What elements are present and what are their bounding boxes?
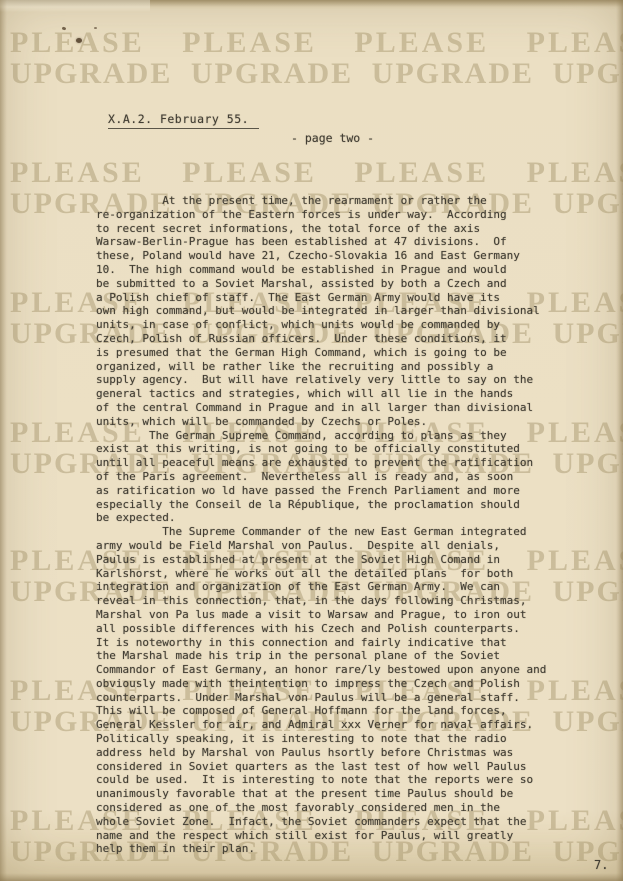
text-line: At the present time, the rearmament or r… — [96, 194, 546, 208]
text-line: these, Poland would have 21, Czecho-Slov… — [96, 249, 546, 263]
text-line: the Marshal made his trip in the persona… — [96, 649, 546, 663]
text-line: help them in their plan. — [96, 842, 546, 856]
ink-speck — [76, 38, 82, 43]
document-reference-heading: X.A.2. February 55. — [108, 112, 259, 129]
text-line: The Supreme Commander of the new East Ge… — [96, 525, 546, 539]
text-line: whole Soviet Zone. Infact, the Soviet co… — [96, 815, 546, 829]
watermark-please-line: PLEASE PLEASE PLEASE PLEASE PLEASE — [10, 27, 623, 58]
text-line: The German Supreme Command, according to… — [96, 429, 546, 443]
text-line: name and the respect which still exist f… — [96, 829, 546, 843]
paper-edge-bottom — [0, 873, 623, 881]
text-line: Politically speaking, it is interesting … — [96, 732, 546, 746]
watermark-upgrade-line: UPGRADE UPGRADE UPGRADE UPGRADE UPGRADE — [10, 58, 623, 89]
paper-edge-top — [0, 0, 623, 7]
text-line: be expected. — [96, 511, 546, 525]
text-line: until all peaceful means are exhausted t… — [96, 456, 546, 470]
text-line: Paulus is established at present at the … — [96, 553, 546, 567]
text-line: 10. The high command would be establishe… — [96, 263, 546, 277]
text-line: of the Paris agreement. Nevertheless all… — [96, 470, 546, 484]
text-line: reveal in this connection, that, in the … — [96, 594, 546, 608]
text-line: integration and organization of the East… — [96, 580, 546, 594]
scanned-document-page: PLEASE PLEASE PLEASE PLEASE PLEASE UPGRA… — [0, 0, 623, 881]
ink-speck — [94, 27, 97, 29]
text-line: obviously made with theintention to impr… — [96, 677, 546, 691]
text-line: It is noteworthy in this connection and … — [96, 636, 546, 650]
text-line: units, which will be commanded by Czechs… — [96, 415, 546, 429]
text-line: could be used. It is interesting to note… — [96, 773, 546, 787]
text-line: exist at this writing, is not going to b… — [96, 442, 546, 456]
text-line: unanimously favorable that at the presen… — [96, 787, 546, 801]
text-line: all possible differences with his Czech … — [96, 622, 546, 636]
text-line: a Polish chief of staff. The East German… — [96, 291, 546, 305]
page-number: 7. — [594, 858, 608, 872]
document-body: At the present time, the rearmament or r… — [96, 194, 546, 856]
text-line: be submitted to a Soviet Marshal, assist… — [96, 277, 546, 291]
text-line: Karlshorst, where he works out all the d… — [96, 567, 546, 581]
text-line: counterparts. Under Marshal von Paulus w… — [96, 691, 546, 705]
paper-edge-right — [616, 0, 623, 881]
text-line: of the central Command in Prague and in … — [96, 401, 546, 415]
text-line: especially the Conseil de la République,… — [96, 498, 546, 512]
text-line: as ratification wo ld have passed the Fr… — [96, 484, 546, 498]
text-line: Marshal von Pa lus made a visit to Warsa… — [96, 608, 546, 622]
text-line: supply agency. But will have relatively … — [96, 373, 546, 387]
text-line: army would be Field Marshal von Paulus. … — [96, 539, 546, 553]
text-line: General Kessler for air, and Admiral xxx… — [96, 718, 546, 732]
watermark-row: PLEASE PLEASE PLEASE PLEASE PLEASE UPGRA… — [10, 27, 623, 89]
paper-edge-left — [0, 0, 7, 881]
page-label: - page two - — [291, 131, 374, 145]
text-line: This will be composed of General Hoffman… — [96, 704, 546, 718]
text-line: units, in case of conflict, which units … — [96, 318, 546, 332]
text-line: re-organization of the Eastern forces is… — [96, 208, 546, 222]
text-line: Warsaw-Berlin-Prague has been establishe… — [96, 235, 546, 249]
watermark-please-line: PLEASE PLEASE PLEASE PLEASE PLEASE — [10, 157, 623, 188]
text-line: Czech, Polish of Russian officers. Under… — [96, 332, 546, 346]
text-line: own high command, but would be integrate… — [96, 304, 546, 318]
text-line: considered as one of the most favorably … — [96, 801, 546, 815]
text-line: general tactics and strategies, which wi… — [96, 387, 546, 401]
text-line: address held by Marshal von Paulus hsort… — [96, 746, 546, 760]
text-line: organized, will be rather like the recru… — [96, 360, 546, 374]
text-line: Commandor of East Germany, an honor rare… — [96, 663, 546, 677]
text-line: considered in Soviet quarters as the las… — [96, 760, 546, 774]
text-line: is presumed that the German High Command… — [96, 346, 546, 360]
text-line: to recent secret informations, the total… — [96, 222, 546, 236]
